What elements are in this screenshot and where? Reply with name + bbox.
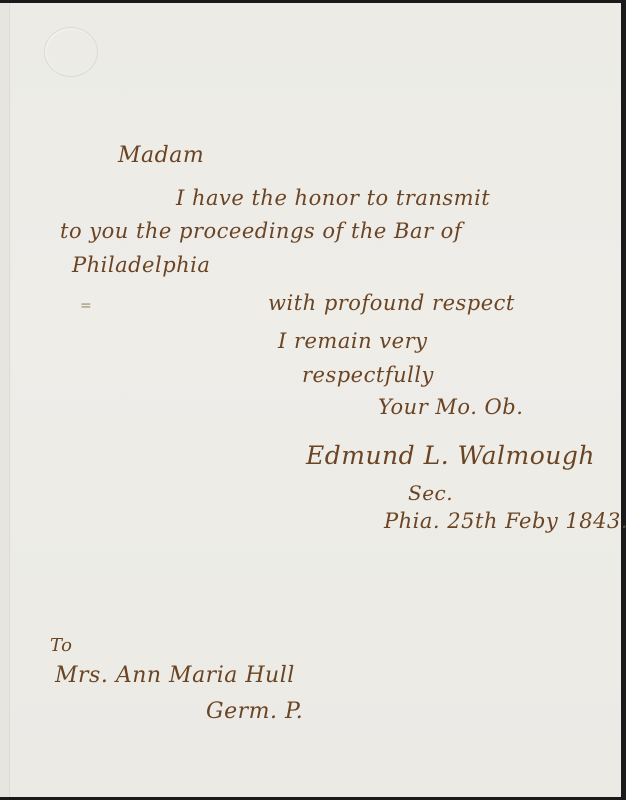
addressee-name: Mrs. Ann Maria Hull bbox=[55, 663, 295, 688]
address-to: To bbox=[50, 635, 72, 656]
closing-line-2: I remain very bbox=[278, 329, 427, 353]
margin-mark: = bbox=[80, 298, 92, 314]
body-line-2: to you the proceedings of the Bar of bbox=[60, 219, 462, 243]
page-fold-line bbox=[9, 3, 11, 797]
signature-title: Sec. bbox=[408, 481, 453, 505]
body-line-1: I have the honor to transmit bbox=[176, 186, 490, 210]
letter-page: Madam I have the honor to transmit to yo… bbox=[0, 3, 621, 797]
salutation: Madam bbox=[118, 143, 204, 168]
letter-date: Phia. 25th Feby 1843. bbox=[384, 509, 626, 533]
embossed-seal-mark bbox=[44, 27, 98, 77]
body-line-3: Philadelphia bbox=[72, 253, 210, 277]
closing-line-3: respectfully bbox=[302, 363, 434, 387]
signature: Edmund L. Walmough bbox=[306, 441, 595, 470]
closing-line-1: with profound respect bbox=[268, 291, 515, 315]
closing-line-4: Your Mo. Ob. bbox=[378, 395, 523, 419]
page-fold-strip bbox=[0, 3, 9, 797]
addressee-place: Germ. P. bbox=[206, 699, 303, 724]
